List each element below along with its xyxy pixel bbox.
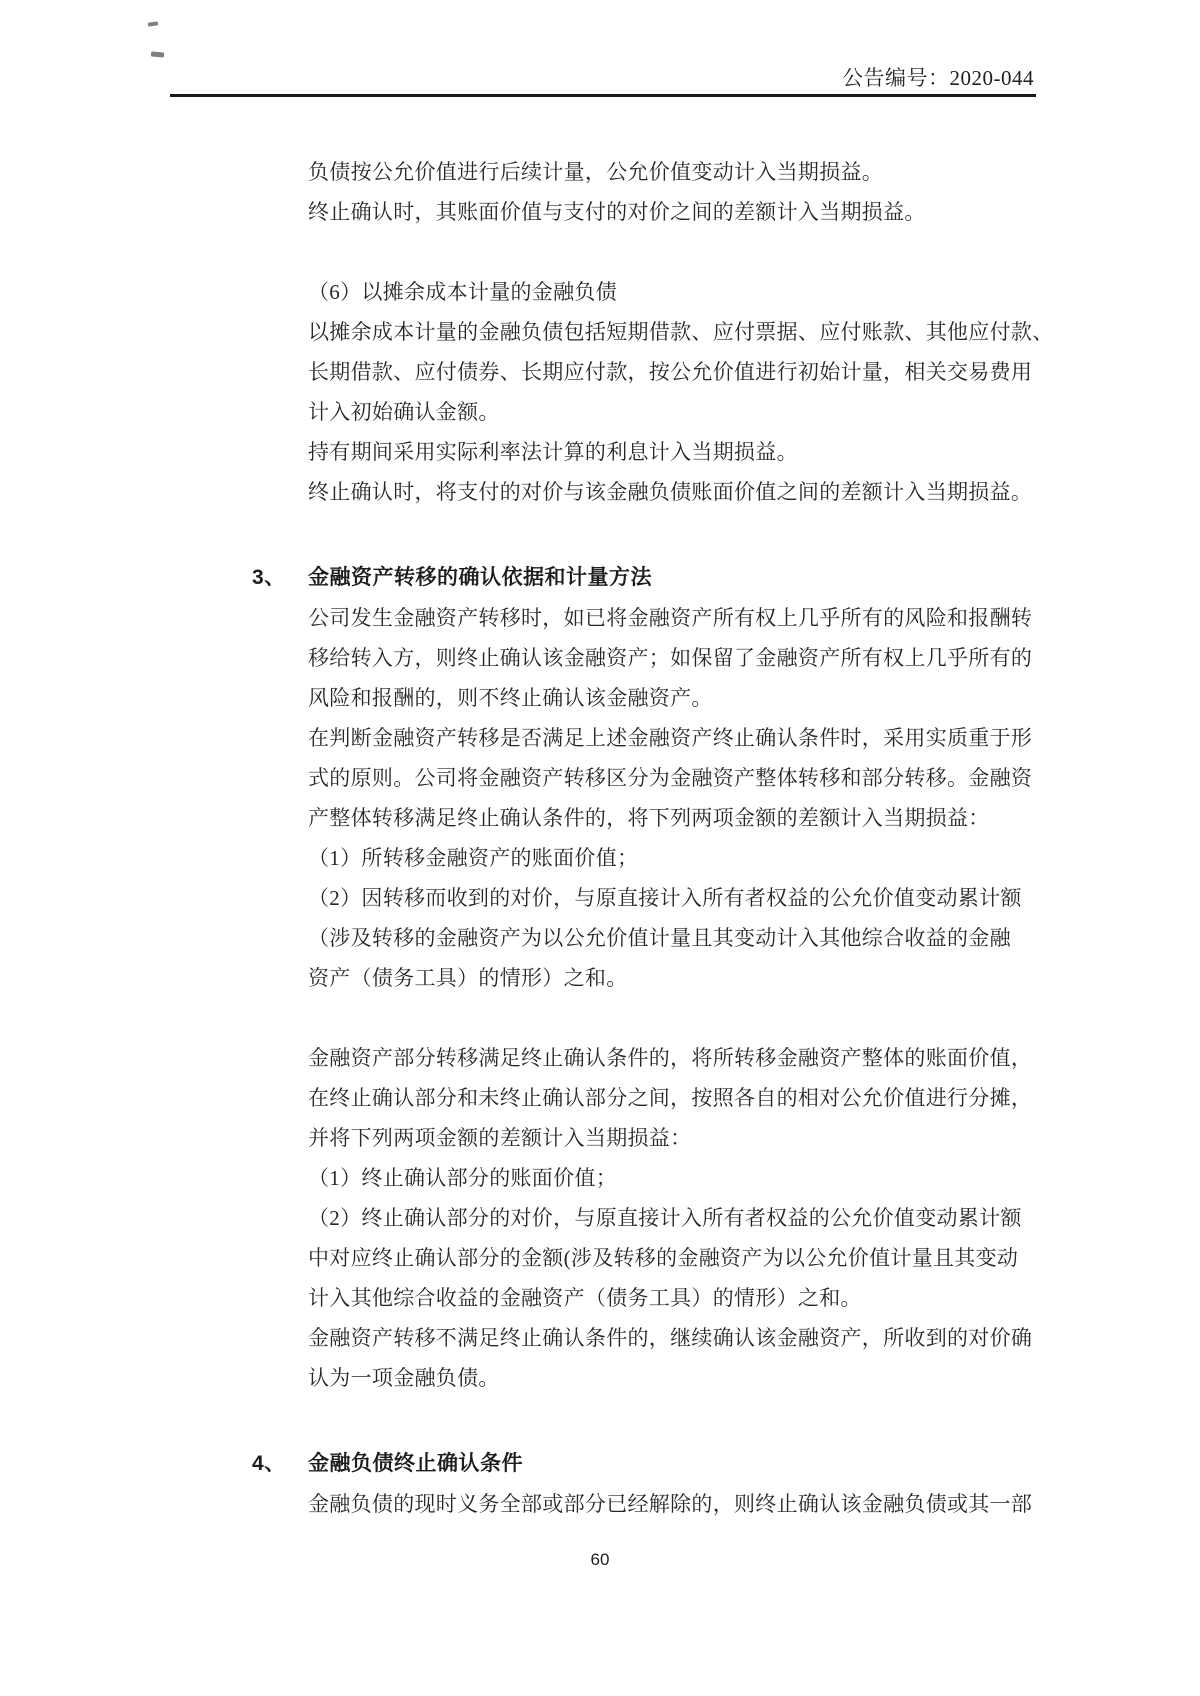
text-line: 风险和报酬的，则不终止确认该金融资产。 [308,678,1032,718]
text-line: 金融资产部分转移满足终止确认条件的，将所转移金融资产整体的账面价值， [308,1038,1032,1078]
section-3-title: 金融资产转移的确认依据和计量方法 [308,566,652,589]
text-line: 长期借款、应付债券、长期应付款，按公允价值进行初始计量，相关交易费用 [308,352,1032,392]
text-line: 式的原则。公司将金融资产转移区分为金融资产整体转移和部分转移。金融资 [308,758,1032,798]
blank-line [308,512,1032,552]
blank-line [308,1398,1032,1438]
text-line: （2）终止确认部分的对价，与原直接计入所有者权益的公允价值变动累计额 [308,1198,1032,1238]
section-3-heading: 3、 金融资产转移的确认依据和计量方法 [308,558,1032,598]
text-line: 在终止确认部分和未终止确认部分之间，按照各自的相对公允价值进行分摊， [308,1078,1032,1118]
document-page: 公告编号：2020-044 负债按公允价值进行后续计量，公允价值变动计入当期损益… [0,0,1200,1696]
text-line: 并将下列两项金额的差额计入当期损益： [308,1118,1032,1158]
text-line: （2）因转移而收到的对价，与原直接计入所有者权益的公允价值变动累计额 [308,878,1032,918]
header-rule [170,94,1036,97]
scan-artifact [151,51,164,57]
text-line: 计入其他综合收益的金融资产（债务工具）的情形）之和。 [308,1278,1032,1318]
text-line: 计入初始确认金额。 [308,392,1032,432]
text-line: 资产（债务工具）的情形）之和。 [308,958,1032,998]
page-number: 60 [0,1550,1200,1570]
text-line: 公司发生金融资产转移时，如已将金融资产所有权上几乎所有的风险和报酬转 [308,598,1032,638]
section-4-heading: 4、 金融负债终止确认条件 [308,1444,1032,1484]
text-line: 在判断金融资产转移是否满足上述金融资产终止确认条件时，采用实质重于形 [308,718,1032,758]
section-4-title: 金融负债终止确认条件 [308,1452,523,1475]
section-4-number: 4、 [252,1444,286,1484]
text-line: 以摊余成本计量的金融负债包括短期借款、应付票据、应付账款、其他应付款、 [308,312,1032,352]
text-line: 移给转入方，则终止确认该金融资产；如保留了金融资产所有权上几乎所有的 [308,638,1032,678]
text-line: 终止确认时，将支付的对价与该金融负债账面价值之间的差额计入当期损益。 [308,472,1032,512]
notice-number: 公告编号：2020-044 [842,64,1034,92]
text-line: 中对应终止确认部分的金额(涉及转移的金融资产为以公允价值计量且其变动 [308,1238,1032,1278]
text-line: （6）以摊余成本计量的金融负债 [308,272,1032,312]
text-line: （1）所转移金融资产的账面价值； [308,838,1032,878]
text-line: （1）终止确认部分的账面价值； [308,1158,1032,1198]
text-line: 认为一项金融负债。 [308,1358,1032,1398]
section-3-number: 3、 [252,558,286,598]
scan-artifact [148,21,158,26]
text-line: 终止确认时，其账面价值与支付的对价之间的差额计入当期损益。 [308,192,1032,232]
text-line: 产整体转移满足终止确认条件的，将下列两项金额的差额计入当期损益： [308,798,1032,838]
text-line: 金融资产转移不满足终止确认条件的，继续确认该金融资产，所收到的对价确 [308,1318,1032,1358]
text-line: （涉及转移的金融资产为以公允价值计量且其变动计入其他综合收益的金融 [308,918,1032,958]
text-line: 金融负债的现时义务全部或部分已经解除的，则终止确认该金融负债或其一部 [308,1484,1032,1524]
blank-line [308,232,1032,272]
text-line: 持有期间采用实际利率法计算的利息计入当期损益。 [308,432,1032,472]
document-body: 负债按公允价值进行后续计量，公允价值变动计入当期损益。 终止确认时，其账面价值与… [308,152,1032,1524]
text-line: 负债按公允价值进行后续计量，公允价值变动计入当期损益。 [308,152,1032,192]
blank-line [308,998,1032,1038]
